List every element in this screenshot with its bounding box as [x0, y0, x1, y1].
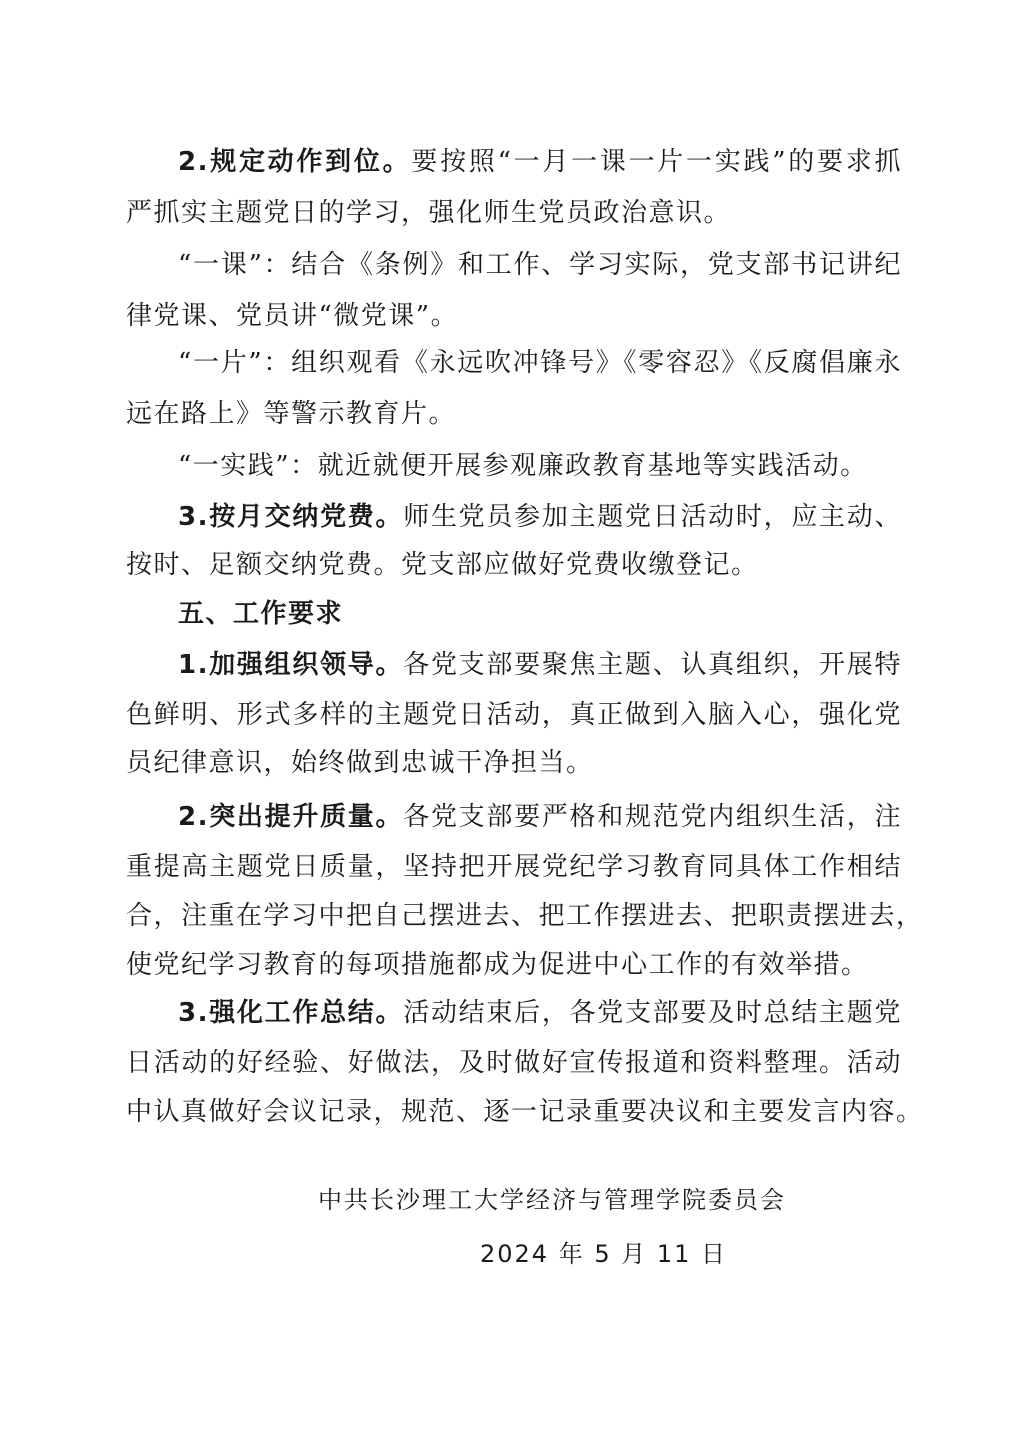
- requirement-2-line-4: 使党纪学习教育的每项措施都成为促进中心工作的有效举措。: [126, 948, 902, 982]
- signature-date: 2024 年 5 月 11 日: [480, 1238, 727, 1270]
- yike-line-2: 律党课、党员讲“微党课”。: [126, 299, 902, 333]
- requirement-1-line-3: 员纪律意识，始终做到忠诚干净担当。: [126, 746, 902, 780]
- paragraph-3-line-1: 3.按月交纳党费。师生党员参加主题党日活动时，应主动、: [178, 500, 902, 534]
- requirement-2-lead: 2.突出提升质量。: [178, 802, 403, 832]
- yipian-line-1: “一片”：组织观看《永远吹冲锋号》《零容忍》《反腐倡廉永: [178, 346, 902, 380]
- requirement-3-line-1: 3.强化工作总结。活动结束后，各党支部要及时总结主题党: [178, 996, 902, 1030]
- yishijian-line-1: “一实践”：就近就便开展参观廉政教育基地等实践活动。: [178, 449, 902, 483]
- paragraph-3-text: 师生党员参加主题党日活动时，应主动、: [403, 502, 902, 532]
- paragraph-2-text: 要按照“一月一课一片一实践”的要求抓: [411, 147, 902, 177]
- requirement-1-line-2: 色鲜明、形式多样的主题党日活动，真正做到入脑入心，强化党: [126, 698, 902, 732]
- requirement-2-text: 各党支部要严格和规范党内组织生活，注: [403, 802, 902, 832]
- document-page: 2.规定动作到位。要按照“一月一课一片一实践”的要求抓 严抓实主题党日的学习，强…: [0, 0, 1024, 1448]
- signature-organization: 中共长沙理工大学经济与管理学院委员会: [318, 1184, 786, 1216]
- requirement-3-lead: 3.强化工作总结。: [178, 998, 403, 1028]
- paragraph-3-line-2: 按时、足额交纳党费。党支部应做好党费收缴登记。: [126, 548, 902, 582]
- paragraph-2-line-2: 严抓实主题党日的学习，强化师生党员政治意识。: [126, 196, 902, 230]
- requirement-3-line-2: 日活动的好经验、好做法，及时做好宣传报道和资料整理。活动: [126, 1046, 902, 1080]
- requirement-1-lead: 1.加强组织领导。: [178, 650, 403, 680]
- paragraph-2-lead: 2.规定动作到位。: [178, 147, 411, 177]
- requirement-3-line-3: 中认真做好会议记录，规范、逐一记录重要决议和主要发言内容。: [126, 1095, 902, 1129]
- requirement-3-text: 活动结束后，各党支部要及时总结主题党: [403, 998, 902, 1028]
- requirement-1-text: 各党支部要聚焦主题、认真组织，开展特: [403, 650, 902, 680]
- requirement-2-line-1: 2.突出提升质量。各党支部要严格和规范党内组织生活，注: [178, 800, 902, 834]
- yipian-line-2: 远在路上》等警示教育片。: [126, 397, 902, 431]
- paragraph-2-line-1: 2.规定动作到位。要按照“一月一课一片一实践”的要求抓: [178, 145, 902, 179]
- requirement-1-line-1: 1.加强组织领导。各党支部要聚焦主题、认真组织，开展特: [178, 648, 902, 682]
- requirement-2-line-3: 合，注重在学习中把自己摆进去、把工作摆进去、把职责摆进去，: [126, 899, 902, 933]
- section-5-heading: 五、工作要求: [178, 597, 902, 631]
- yike-line-1: “一课”：结合《条例》和工作、学习实际，党支部书记讲纪: [178, 248, 902, 282]
- paragraph-3-lead: 3.按月交纳党费。: [178, 502, 403, 532]
- requirement-2-line-2: 重提高主题党日质量，坚持把开展党纪学习教育同具体工作相结: [126, 850, 902, 884]
